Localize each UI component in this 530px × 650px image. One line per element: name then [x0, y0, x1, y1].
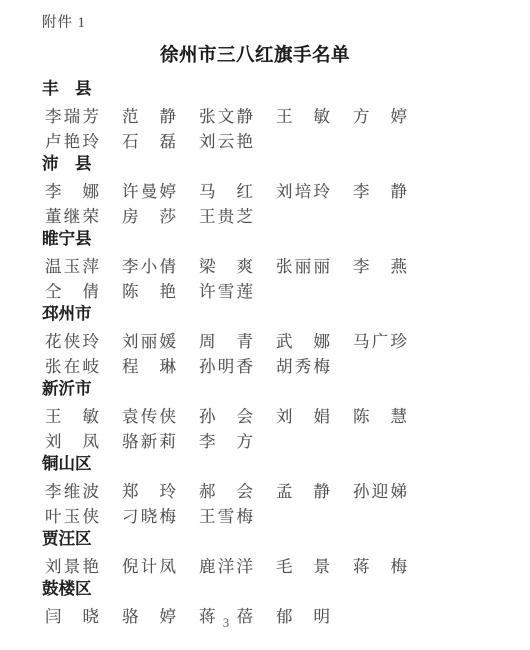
- person-name: 胡秀梅: [276, 353, 330, 377]
- person-name: 李娜: [45, 178, 99, 202]
- person-name: 李静: [353, 178, 407, 202]
- person-name: 袁传侠: [122, 403, 176, 427]
- county-section: 沛 县李娜许曼婷马红刘培玲李静董继荣房莎王贵芝: [0, 152, 530, 227]
- person-name: 马广珍: [353, 328, 407, 352]
- person-name: 董继荣: [45, 203, 99, 227]
- person-name: 刘培玲: [276, 178, 330, 202]
- person-name: 张文静: [199, 103, 253, 127]
- county-header: 铜山区: [42, 452, 530, 477]
- page-title: 徐州市三八红旗手名单: [0, 41, 510, 67]
- person-name: 李燕: [353, 253, 407, 277]
- person-name: 王敏: [276, 103, 330, 127]
- person-name: 陈艳: [122, 278, 176, 302]
- county-section: 睢宁县温玉萍李小倩梁爽张丽丽李燕仝倩陈艳许雪莲: [0, 227, 530, 302]
- name-row: 卢艳玲石磊刘云艳: [45, 127, 530, 152]
- person-name: 毛景: [276, 553, 330, 577]
- person-name: 刁晓梅: [122, 503, 176, 527]
- person-name: 孙会: [199, 403, 253, 427]
- person-name: 李方: [199, 428, 253, 452]
- county-section: 铜山区李维波郑玲郝会孟静孙迎娣叶玉侠刁晓梅王雪梅: [0, 452, 530, 527]
- person-name: 许曼婷: [122, 178, 176, 202]
- person-name: 王敏: [45, 403, 99, 427]
- person-name: 孟静: [276, 478, 330, 502]
- person-name: 李维波: [45, 478, 99, 502]
- attachment-label: 附件 1: [42, 11, 86, 32]
- person-name: 卢艳玲: [45, 128, 99, 152]
- person-name: 鹿洋洋: [199, 553, 253, 577]
- person-name: 郑玲: [122, 478, 176, 502]
- person-name: 马红: [199, 178, 253, 202]
- person-name: 骆新莉: [122, 428, 176, 452]
- person-name: 范静: [122, 103, 176, 127]
- name-row: 温玉萍李小倩梁爽张丽丽李燕: [45, 252, 530, 277]
- name-row: 仝倩陈艳许雪莲: [45, 277, 530, 302]
- person-name: 倪计凤: [122, 553, 176, 577]
- county-section: 邳州市花侠玲刘丽媛周青武娜马广珍张在岐程琳孙明香胡秀梅: [0, 302, 530, 377]
- person-name: 李瑞芳: [45, 103, 99, 127]
- person-name: 刘凤: [45, 428, 99, 452]
- name-row: 李瑞芳范静张文静王敏方婷: [45, 102, 530, 127]
- person-name: 刘云艳: [199, 128, 253, 152]
- name-row: 花侠玲刘丽媛周青武娜马广珍: [45, 327, 530, 352]
- person-name: 孙明香: [199, 353, 253, 377]
- person-name: 刘丽媛: [122, 328, 176, 352]
- person-name: 仝倩: [45, 278, 99, 302]
- name-row: 叶玉侠刁晓梅王雪梅: [45, 502, 530, 527]
- county-header: 鼓楼区: [42, 577, 530, 602]
- county-section: 贾汪区刘景艳倪计凤鹿洋洋毛景蒋梅: [0, 527, 530, 577]
- person-name: 方婷: [353, 103, 407, 127]
- person-name: 陈慧: [353, 403, 407, 427]
- person-name: 郝会: [199, 478, 253, 502]
- name-row: 李维波郑玲郝会孟静孙迎娣: [45, 477, 530, 502]
- person-name: 花侠玲: [45, 328, 99, 352]
- person-name: 刘娟: [276, 403, 330, 427]
- person-name: 周青: [199, 328, 253, 352]
- county-section: 丰 县李瑞芳范静张文静王敏方婷卢艳玲石磊刘云艳: [0, 77, 530, 152]
- person-name: 温玉萍: [45, 253, 99, 277]
- person-name: 蒋梅: [353, 553, 407, 577]
- person-name: 石磊: [122, 128, 176, 152]
- county-header: 沛 县: [42, 152, 530, 177]
- county-header: 新沂市: [42, 377, 530, 402]
- name-row: 张在岐程琳孙明香胡秀梅: [45, 352, 530, 377]
- name-row: 董继荣房莎王贵芝: [45, 202, 530, 227]
- person-name: 刘景艳: [45, 553, 99, 577]
- document-page: 附件 1 徐州市三八红旗手名单 丰 县李瑞芳范静张文静王敏方婷卢艳玲石磊刘云艳沛…: [0, 0, 530, 650]
- person-name: 叶玉侠: [45, 503, 99, 527]
- person-name: 张丽丽: [276, 253, 330, 277]
- county-header: 邳州市: [42, 302, 530, 327]
- county-sections: 丰 县李瑞芳范静张文静王敏方婷卢艳玲石磊刘云艳沛 县李娜许曼婷马红刘培玲李静董继…: [0, 77, 530, 627]
- county-header: 贾汪区: [42, 527, 530, 552]
- person-name: 武娜: [276, 328, 330, 352]
- person-name: 程琳: [122, 353, 176, 377]
- person-name: 梁爽: [199, 253, 253, 277]
- person-name: 王雪梅: [199, 503, 253, 527]
- person-name: 许雪莲: [199, 278, 253, 302]
- county-section: 新沂市王敏袁传侠孙会刘娟陈慧刘凤骆新莉李方: [0, 377, 530, 452]
- person-name: 孙迎娣: [353, 478, 407, 502]
- name-row: 刘景艳倪计凤鹿洋洋毛景蒋梅: [45, 552, 530, 577]
- county-header: 睢宁县: [42, 227, 530, 252]
- person-name: 张在岐: [45, 353, 99, 377]
- person-name: 李小倩: [122, 253, 176, 277]
- person-name: 房莎: [122, 203, 176, 227]
- county-header: 丰 县: [42, 77, 530, 102]
- name-row: 李娜许曼婷马红刘培玲李静: [45, 177, 530, 202]
- name-row: 刘凤骆新莉李方: [45, 427, 530, 452]
- person-name: 王贵芝: [199, 203, 253, 227]
- name-row: 王敏袁传侠孙会刘娟陈慧: [45, 402, 530, 427]
- page-number: 3: [45, 616, 407, 631]
